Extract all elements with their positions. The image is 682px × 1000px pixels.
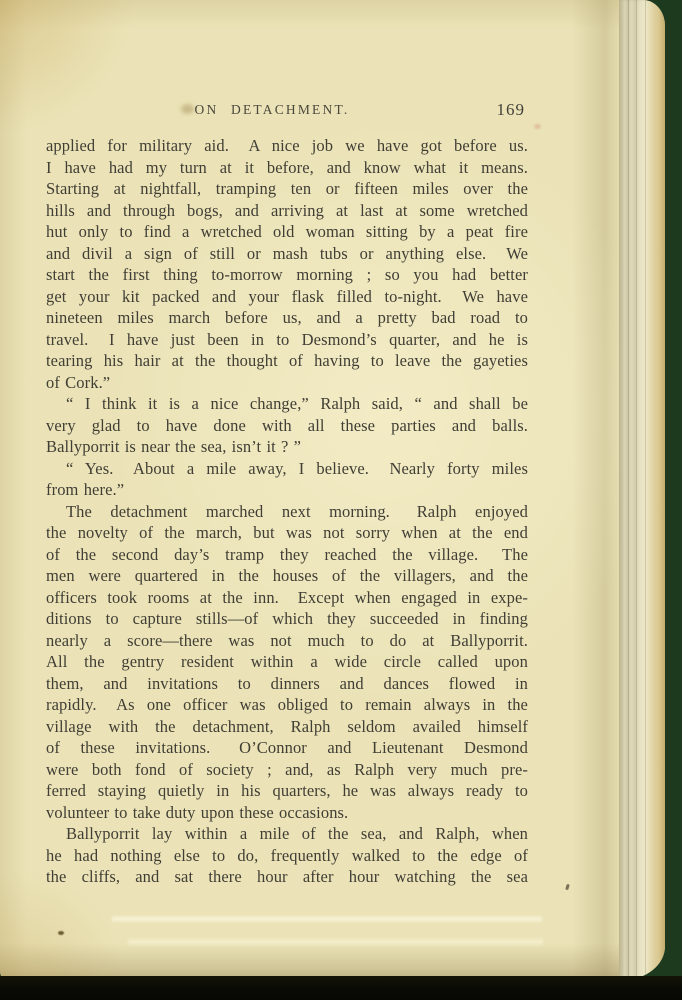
- running-head: ON DETACHMENT. 169: [46, 102, 528, 124]
- text-line: very glad to have done with all these pa…: [46, 415, 528, 437]
- text-line: “ I think it is a nice change,” Ralph sa…: [46, 393, 528, 415]
- text-block: applied for military aid. A nice job we …: [46, 135, 528, 888]
- paper-streak: [112, 915, 542, 923]
- text-line: hills and through bogs, and arriving at …: [46, 200, 528, 222]
- fore-edge-line: [636, 0, 637, 980]
- book-scan-photo: ON DETACHMENT. 169 applied for military …: [0, 0, 682, 1000]
- text-line: I have had my turn at it before, and kno…: [46, 157, 528, 179]
- text-line: start the first thing to-morrow morning …: [46, 264, 528, 286]
- fore-edge-line: [645, 0, 646, 980]
- text-line: men were quartered in the houses of the …: [46, 565, 528, 587]
- text-line: ditions to capture stills—of which they …: [46, 608, 528, 630]
- paragraph: “ Yes. About a mile away, I believe. Nea…: [46, 458, 528, 501]
- paragraph: Ballyporrit lay within a mile of the sea…: [46, 823, 528, 888]
- paper-streak: [128, 937, 543, 947]
- text-line: of Cork.”: [46, 372, 528, 394]
- text-line: he had nothing else to do, frequently wa…: [46, 845, 528, 867]
- text-line: Ballyporrit is near the sea, isn’t it ? …: [46, 436, 528, 458]
- text-line: hut only to find a wretched old woman si…: [46, 221, 528, 243]
- paper-smudge: [534, 124, 541, 129]
- text-line: of the second day’s tramp they reached t…: [46, 544, 528, 566]
- page-number: 169: [497, 100, 526, 120]
- text-line: The detachment marched next morning. Ral…: [46, 501, 528, 523]
- text-line: village with the detachment, Ralph seldo…: [46, 716, 528, 738]
- page-fore-edge: [619, 0, 665, 980]
- text-line: nineteen miles march before us, and a pr…: [46, 307, 528, 329]
- text-line: and divil a sign of still or mash tubs o…: [46, 243, 528, 265]
- text-line: from here.”: [46, 479, 528, 501]
- text-line: the cliffs, and sat there hour after hou…: [46, 866, 528, 888]
- text-line: applied for military aid. A nice job we …: [46, 135, 528, 157]
- paper-speck: [565, 884, 570, 891]
- text-line: travel. I have just been in to Desmond’s…: [46, 329, 528, 351]
- text-line: Ballyporrit lay within a mile of the sea…: [46, 823, 528, 845]
- text-line: get your kit packed and your flask fille…: [46, 286, 528, 308]
- paragraph: “ I think it is a nice change,” Ralph sa…: [46, 393, 528, 458]
- text-line: of these invitations. O’Connor and Lieut…: [46, 737, 528, 759]
- text-line: Starting at nightfall, tramping ten or f…: [46, 178, 528, 200]
- text-line: ferred staying quietly in his quarters, …: [46, 780, 528, 802]
- text-line: All the gentry resident within a wide ci…: [46, 651, 528, 673]
- text-line: the novelty of the march, but was not so…: [46, 522, 528, 544]
- running-title: ON DETACHMENT.: [46, 102, 498, 118]
- text-line: rapidly. As one officer was obliged to r…: [46, 694, 528, 716]
- text-line: “ Yes. About a mile away, I believe. Nea…: [46, 458, 528, 480]
- text-line: officers took rooms at the inn. Except w…: [46, 587, 528, 609]
- text-line: were both fond of society ; and, as Ralp…: [46, 759, 528, 781]
- text-line: tearing his hair at the thought of havin…: [46, 350, 528, 372]
- paragraph: applied for military aid. A nice job we …: [46, 135, 528, 393]
- fore-edge-line: [628, 0, 629, 980]
- book-page: ON DETACHMENT. 169 applied for military …: [0, 0, 665, 980]
- text-line: nearly a score—there was not much to do …: [46, 630, 528, 652]
- paper-speck: [58, 931, 64, 935]
- text-line: volunteer to take duty upon these occasi…: [46, 802, 528, 824]
- paragraph: The detachment marched next morning. Ral…: [46, 501, 528, 824]
- book-bottom-shadow: [0, 976, 682, 1000]
- text-line: them, and invitations to dinners and dan…: [46, 673, 528, 695]
